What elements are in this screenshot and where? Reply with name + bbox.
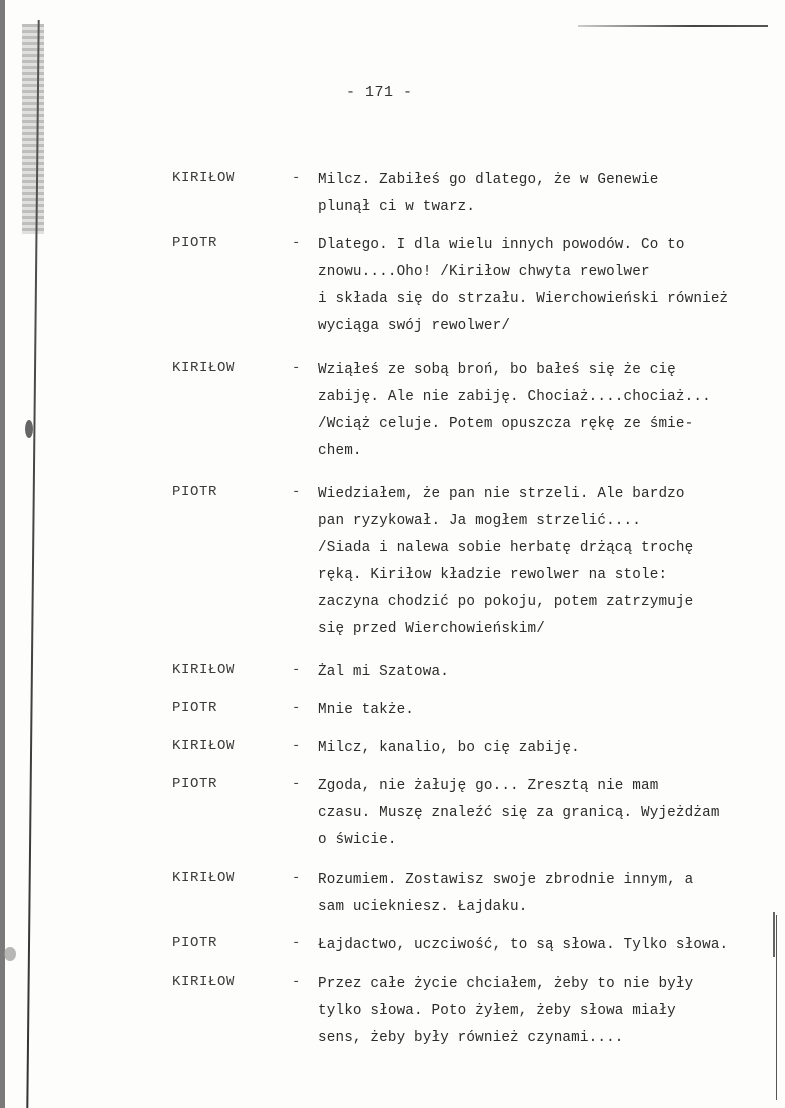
speaker-name: KIRIŁOW (172, 170, 235, 186)
dialogue-text: Wiedziałem, że pan nie strzeli. Ale bard… (318, 484, 785, 646)
speaker-name: PIOTR (172, 484, 217, 500)
binding-knot-mark (25, 420, 33, 438)
text-line: Zgoda, nie żałuję go... Zresztą nie mam (318, 776, 785, 803)
dialogue-dash: - (292, 484, 300, 500)
punch-hole-mark (4, 947, 16, 961)
text-line: sens, żeby były również czynami.... (318, 1028, 785, 1055)
text-line: ręką. Kiriłow kładzie rewolwer na stole: (318, 565, 785, 592)
dialogue-text: Milcz. Zabiłeś go dlatego, że w Genewiep… (318, 170, 785, 224)
text-line: wyciąga swój rewolwer/ (318, 316, 785, 343)
speaker-name: PIOTR (172, 235, 217, 251)
dialogue-text: Mnie także. (318, 700, 785, 727)
dialogue-dash: - (292, 776, 300, 792)
text-line: pan ryzykował. Ja mogłem strzelić.... (318, 511, 785, 538)
speaker-name: PIOTR (172, 776, 217, 792)
text-line: o świcie. (318, 830, 785, 857)
text-line: Mnie także. (318, 700, 785, 727)
text-line: i składa się do strzału. Wierchowieński … (318, 289, 785, 316)
page-number: - 171 - (346, 84, 413, 101)
dialogue-dash: - (292, 738, 300, 754)
text-line: się przed Wierchowieńskim/ (318, 619, 785, 646)
dialogue-dash: - (292, 662, 300, 678)
text-line: /Siada i nalewa sobie herbatę drżącą tro… (318, 538, 785, 565)
text-line: tylko słowa. Poto żyłem, żeby słowa miał… (318, 1001, 785, 1028)
dialogue-dash: - (292, 700, 300, 716)
dialogue-dash: - (292, 935, 300, 951)
text-line: Wziąłeś ze sobą broń, bo bałeś się że ci… (318, 360, 785, 387)
dialogue-dash: - (292, 235, 300, 251)
text-line: Dlatego. I dla wielu innych powodów. Co … (318, 235, 785, 262)
text-line: chem. (318, 441, 785, 468)
speaker-name: KIRIŁOW (172, 870, 235, 886)
dialogue-text: Żal mi Szatowa. (318, 662, 785, 689)
speaker-name: KIRIŁOW (172, 974, 235, 990)
text-line: zabiję. Ale nie zabiję. Chociaż....choci… (318, 387, 785, 414)
text-line: /Wciąż celuje. Potem opuszcza rękę ze śm… (318, 414, 785, 441)
dialogue-dash: - (292, 360, 300, 376)
text-line: plunął ci w twarz. (318, 197, 785, 224)
text-line: znowu....Oho! /Kiriłow chwyta rewolwer (318, 262, 785, 289)
top-edge-rule (578, 25, 768, 27)
text-line: czasu. Muszę znaleźć się za granicą. Wyj… (318, 803, 785, 830)
text-line: Milcz, kanalio, bo cię zabiję. (318, 738, 785, 765)
dialogue-dash: - (292, 870, 300, 886)
dialogue-text: Łajdactwo, uczciwość, to są słowa. Tylko… (318, 935, 785, 962)
dialogue-text: Dlatego. I dla wielu innych powodów. Co … (318, 235, 785, 343)
dialogue-text: Rozumiem. Zostawisz swoje zbrodnie innym… (318, 870, 785, 924)
text-line: Żal mi Szatowa. (318, 662, 785, 689)
scan-left-edge (0, 0, 5, 1108)
dialogue-text: Wziąłeś ze sobą broń, bo bałeś się że ci… (318, 360, 785, 468)
typescript-page: - 171 - KIRIŁOW-Milcz. Zabiłeś go dlateg… (0, 0, 785, 1108)
dialogue-dash: - (292, 170, 300, 186)
text-line: Rozumiem. Zostawisz swoje zbrodnie innym… (318, 870, 785, 897)
dialogue-text: Milcz, kanalio, bo cię zabiję. (318, 738, 785, 765)
dialogue-dash: - (292, 974, 300, 990)
text-line: Wiedziałem, że pan nie strzeli. Ale bard… (318, 484, 785, 511)
text-line: Milcz. Zabiłeś go dlatego, że w Genewie (318, 170, 785, 197)
dialogue-text: Zgoda, nie żałuję go... Zresztą nie mamc… (318, 776, 785, 857)
dialogue-text: Przez całe życie chciałem, żeby to nie b… (318, 974, 785, 1055)
text-line: sam uciekniesz. Łajdaku. (318, 897, 785, 924)
speaker-name: KIRIŁOW (172, 738, 235, 754)
binding-smudge (22, 24, 44, 234)
speaker-name: KIRIŁOW (172, 360, 235, 376)
speaker-name: PIOTR (172, 935, 217, 951)
text-line: Łajdactwo, uczciwość, to są słowa. Tylko… (318, 935, 785, 962)
text-line: zaczyna chodzić po pokoju, potem zatrzym… (318, 592, 785, 619)
speaker-name: KIRIŁOW (172, 662, 235, 678)
speaker-name: PIOTR (172, 700, 217, 716)
text-line: Przez całe życie chciałem, żeby to nie b… (318, 974, 785, 1001)
